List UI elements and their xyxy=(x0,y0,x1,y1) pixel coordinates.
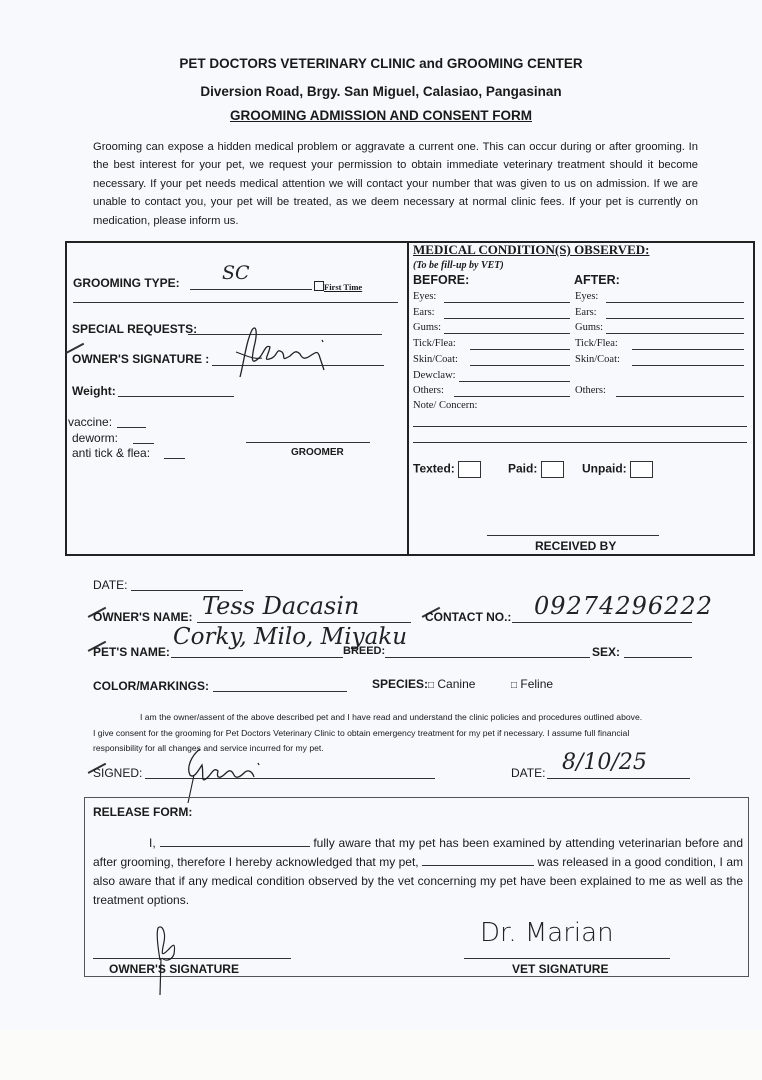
grooming-type-field[interactable]: SC xyxy=(222,262,250,284)
received-by-label: RECEIVED BY xyxy=(535,539,616,553)
date-field[interactable] xyxy=(131,590,243,591)
checkbox-icon: □ xyxy=(428,680,434,691)
consent-line-2: I give consent for the grooming for Pet … xyxy=(93,726,708,742)
color-label: COLOR/MARKINGS: xyxy=(93,679,209,693)
after-field-input[interactable] xyxy=(606,333,745,334)
clinic-address: Diversion Road, Brgy. San Miguel, Calasi… xyxy=(0,84,762,99)
before-field-input[interactable] xyxy=(444,333,571,334)
before-field-input[interactable] xyxy=(454,396,570,397)
before-field-input[interactable] xyxy=(459,381,570,382)
before-field-label: Dewclaw: xyxy=(413,370,456,381)
before-field-label: Eyes: xyxy=(413,291,436,302)
before-field-input[interactable] xyxy=(470,365,570,366)
before-field-label: Skin/Coat: xyxy=(413,354,458,365)
note-line-2[interactable] xyxy=(413,442,747,443)
checkbox-icon: □ xyxy=(511,680,517,691)
contact-label: CONTACT NO.: xyxy=(425,610,511,624)
sex-label: SEX: xyxy=(592,645,620,659)
grooming-type-label: GROOMING TYPE: xyxy=(73,276,180,290)
anti-tick-field[interactable] xyxy=(164,458,185,459)
paper-edge xyxy=(0,1030,762,1080)
paid-label: Paid: xyxy=(508,462,537,476)
consent-date-line xyxy=(547,778,690,779)
note-label: Note/ Concern: xyxy=(413,400,477,411)
signed-label: SIGNED: xyxy=(93,766,142,780)
breed-field[interactable] xyxy=(385,657,590,658)
before-field-input[interactable] xyxy=(444,302,571,303)
after-field-input[interactable] xyxy=(632,365,744,366)
grooming-type-line xyxy=(190,289,312,290)
before-field-label: Ears: xyxy=(413,307,435,318)
paid-checkbox[interactable] xyxy=(541,461,564,478)
release-form-title: RELEASE FORM: xyxy=(93,805,192,819)
clinic-name: PET DOCTORS VETERINARY CLINIC and GROOMI… xyxy=(0,56,762,71)
pet-name-line xyxy=(171,657,343,658)
date-label: DATE: xyxy=(93,578,127,592)
breed-label: BREED: xyxy=(343,645,385,657)
box-divider xyxy=(407,241,409,556)
vaccine-label: vaccine: xyxy=(68,415,112,429)
groomer-label: GROOMER xyxy=(291,447,344,458)
consent-line-1: I am the owner/assent of the above descr… xyxy=(93,710,708,726)
release-pet-name-field[interactable] xyxy=(422,856,534,866)
texted-checkbox[interactable] xyxy=(458,461,481,478)
first-time-checkbox[interactable]: First Time xyxy=(314,277,362,295)
after-field-input[interactable] xyxy=(632,349,744,350)
note-line-1[interactable] xyxy=(413,426,747,427)
owner-signature-icon xyxy=(232,322,342,382)
after-field-label: Eyes: xyxy=(575,291,598,302)
vet-signature-label: VET SIGNATURE xyxy=(512,962,608,976)
consent-date-field[interactable]: 8/10/25 xyxy=(562,750,647,775)
after-label: AFTER: xyxy=(574,273,620,287)
after-field-input[interactable] xyxy=(616,396,744,397)
consent-date-label: DATE: xyxy=(511,766,545,780)
owner-name-line xyxy=(197,622,411,623)
before-field-input[interactable] xyxy=(470,349,570,350)
before-field-label: Tick/Flea: xyxy=(413,338,456,349)
release-text-1: I, xyxy=(149,836,160,850)
deworm-field[interactable] xyxy=(133,443,154,444)
medical-title: MEDICAL CONDITION(S) OBSERVED: xyxy=(413,242,649,258)
after-field-label: Skin/Coat: xyxy=(575,354,620,365)
before-field-label: Others: xyxy=(413,385,444,396)
vet-signature-line xyxy=(464,958,670,959)
before-field-label: Gums: xyxy=(413,322,441,333)
before-field-input[interactable] xyxy=(444,318,571,319)
texted-option[interactable]: Texted: xyxy=(413,461,481,478)
sex-field[interactable] xyxy=(624,657,692,658)
checkbox-icon xyxy=(314,281,324,291)
owner-name-label: OWNER'S NAME: xyxy=(93,610,193,624)
owner-name-field[interactable]: Tess Dacasin xyxy=(202,592,359,620)
received-by-field[interactable] xyxy=(487,535,659,536)
after-field-input[interactable] xyxy=(606,318,745,319)
contact-field[interactable]: 09274296222 xyxy=(534,592,713,620)
vaccine-field[interactable] xyxy=(117,427,146,428)
after-field-label: Tick/Flea: xyxy=(575,338,618,349)
release-owner-signature-icon xyxy=(148,920,188,1000)
special-requests-label: SPECIAL REQUESTS: xyxy=(72,322,197,336)
separator-line xyxy=(73,302,398,303)
release-owner-signature-field[interactable] xyxy=(93,958,291,959)
intro-paragraph: Grooming can expose a hidden medical pro… xyxy=(93,138,698,230)
deworm-label: deworm: xyxy=(72,431,118,445)
release-owner-name-field[interactable] xyxy=(160,837,310,847)
form-title: GROOMING ADMISSION AND CONSENT FORM xyxy=(0,108,762,123)
unpaid-label: Unpaid: xyxy=(582,462,627,476)
after-field-label: Gums: xyxy=(575,322,603,333)
color-field[interactable] xyxy=(213,691,347,692)
weight-field[interactable] xyxy=(118,396,234,397)
weight-label: Weight: xyxy=(72,384,116,398)
species-canine-option[interactable]: □ Canine xyxy=(428,677,475,691)
first-time-label: First Time xyxy=(324,282,362,292)
species-feline-option[interactable]: □ Feline xyxy=(511,677,553,691)
canine-label: Canine xyxy=(437,677,475,691)
paid-option[interactable]: Paid: xyxy=(508,461,564,478)
consent-signature-icon xyxy=(178,745,278,805)
pet-name-label: PET'S NAME: xyxy=(93,645,170,659)
unpaid-option[interactable]: Unpaid: xyxy=(582,461,653,478)
release-owner-signature-label: OWNER'S SIGNATURE xyxy=(109,962,239,976)
after-field-label: Others: xyxy=(575,385,606,396)
contact-line xyxy=(512,622,692,623)
species-label: SPECIES: xyxy=(372,677,428,691)
unpaid-checkbox[interactable] xyxy=(630,461,653,478)
before-label: BEFORE: xyxy=(413,273,469,287)
after-field-label: Ears: xyxy=(575,307,597,318)
owner-signature-label: OWNER'S SIGNATURE : xyxy=(72,352,209,366)
medical-subtitle: (To be fill-up by VET) xyxy=(413,260,504,271)
release-paragraph: I, fully aware that my pet has been exam… xyxy=(93,834,743,910)
groomer-signature-field[interactable] xyxy=(246,442,370,443)
texted-label: Texted: xyxy=(413,462,455,476)
anti-tick-label: anti tick & flea: xyxy=(72,446,150,460)
feline-label: Feline xyxy=(520,677,553,691)
after-field-input[interactable] xyxy=(606,302,745,303)
vet-signature-field[interactable]: Dr. Marian xyxy=(480,918,614,948)
